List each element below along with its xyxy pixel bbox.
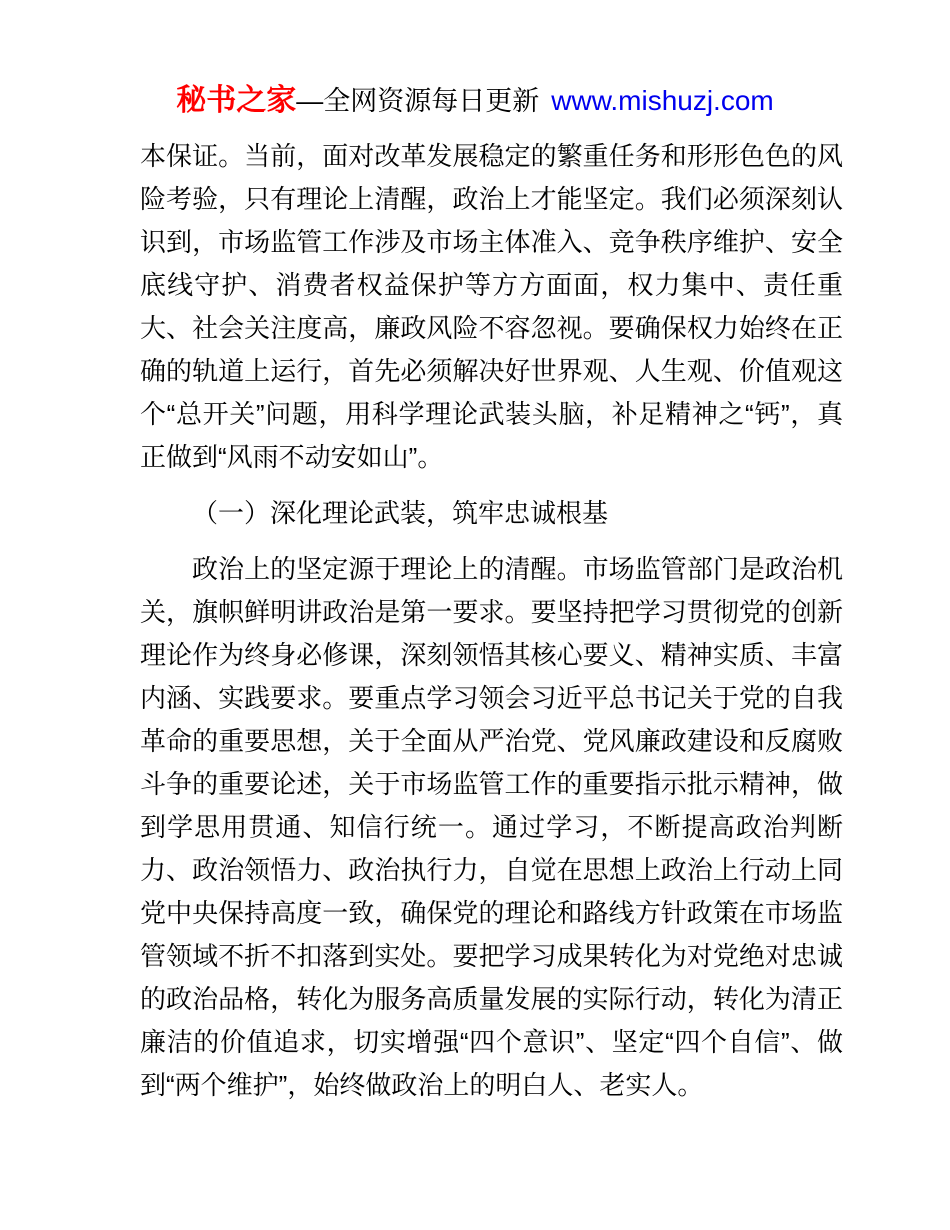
header-tagline: 全网资源每日更新 [323, 86, 539, 116]
page-header: 秘书之家—全网资源每日更新www.mishuzj.com [0, 0, 950, 120]
paragraph: 政治上的坚定源于理论上的清醒。市场监管部门是政治机关，旗帜鲜明讲政治是第一要求。… [140, 548, 843, 1107]
paragraph-continuation: 本保证。当前，面对改革发展稳定的繁重任务和形形色色的风险考验，只有理论上清醒，政… [140, 135, 843, 479]
site-url-link[interactable]: www.mishuzj.com [551, 85, 773, 116]
document-body: 本保证。当前，面对改革发展稳定的繁重任务和形形色色的风险考验，只有理论上清醒，政… [140, 135, 843, 1107]
section-heading: （一）深化理论武装，筑牢忠诚根基 [140, 492, 843, 535]
document-page: 秘书之家—全网资源每日更新www.mishuzj.com 本保证。当前，面对改革… [0, 0, 950, 1230]
site-name: 秘书之家 [176, 84, 296, 117]
header-dash: — [296, 86, 323, 116]
